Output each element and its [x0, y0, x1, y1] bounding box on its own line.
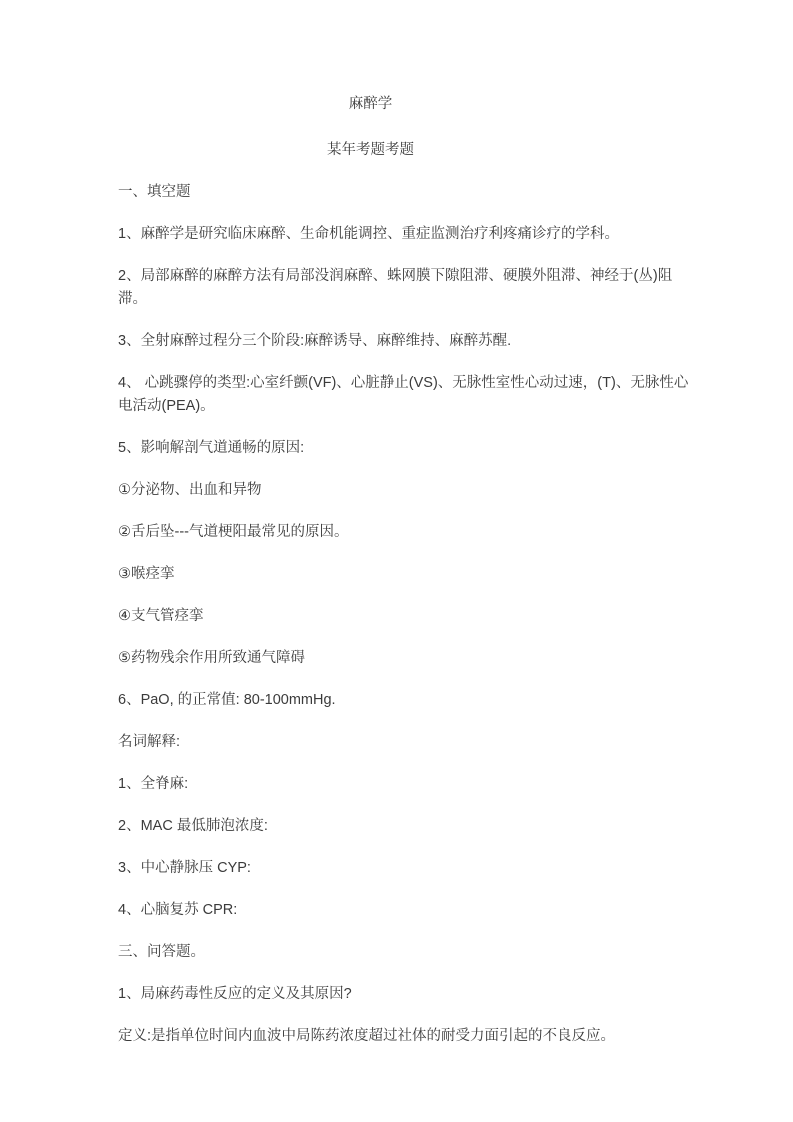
section-heading-fill-blanks: 一、填空题	[118, 181, 693, 204]
doc-title: 麻醉学	[83, 93, 658, 116]
fill-blank-question-3: 3、全射麻醉过程分三个阶段:麻醉诱导、麻醉维持、麻醉苏醒.	[118, 330, 693, 353]
doc-subtitle: 某年考题考题	[83, 139, 658, 162]
fill-blank-question-6: 6、PaO, 的正常值: 80-100mmHg.	[118, 689, 693, 712]
term-item-4: 4、心脑复苏 CPR:	[118, 899, 693, 922]
fill-blank-question-2: 2、局部麻醉的麻醉方法有局部没润麻醉、蛛网膜下隙阻滞、硬膜外阻滞、神经于(丛)阻…	[118, 265, 693, 311]
essay-question-1: 1、局麻药毒性反应的定义及其原因?	[118, 983, 693, 1006]
term-item-2: 2、MAC 最低肺泡浓度:	[118, 815, 693, 838]
section-heading-terms: 名词解释:	[118, 731, 693, 754]
term-item-1: 1、全脊麻:	[118, 773, 693, 796]
airway-cause-item-5: ⑤药物残余作用所致通气障碍	[118, 647, 693, 670]
airway-cause-item-4: ④支气管痉挛	[118, 605, 693, 628]
essay-answer-definition: 定义:是指单位时间内血波中局陈药浓度超过社体的耐受力面引起的不良反应。	[118, 1025, 693, 1048]
airway-cause-item-2: ②舌后坠---气道梗阳最常见的原因。	[118, 521, 693, 544]
section-heading-essay: 三、问答题。	[118, 941, 693, 964]
document-page: 麻醉学 某年考题考题 一、填空题 1、麻醉学是研究临床麻醉、生命机能调控、重症监…	[0, 0, 793, 1122]
term-item-3: 3、中心静脉压 CYP:	[118, 857, 693, 880]
airway-cause-item-1: ①分泌物、出血和异物	[118, 479, 693, 502]
fill-blank-question-5: 5、影响解剖气道通畅的原因:	[118, 437, 693, 460]
airway-cause-item-3: ③喉痉挛	[118, 563, 693, 586]
fill-blank-question-1: 1、麻醉学是研究临床麻醉、生命机能调控、重症监测治疗利疼痛诊疗的学科。	[118, 223, 693, 246]
fill-blank-question-4: 4、 心跳骤停的类型:心室纤颤(VF)、心脏静止(VS)、无脉性室性心动过速，(…	[118, 372, 693, 418]
